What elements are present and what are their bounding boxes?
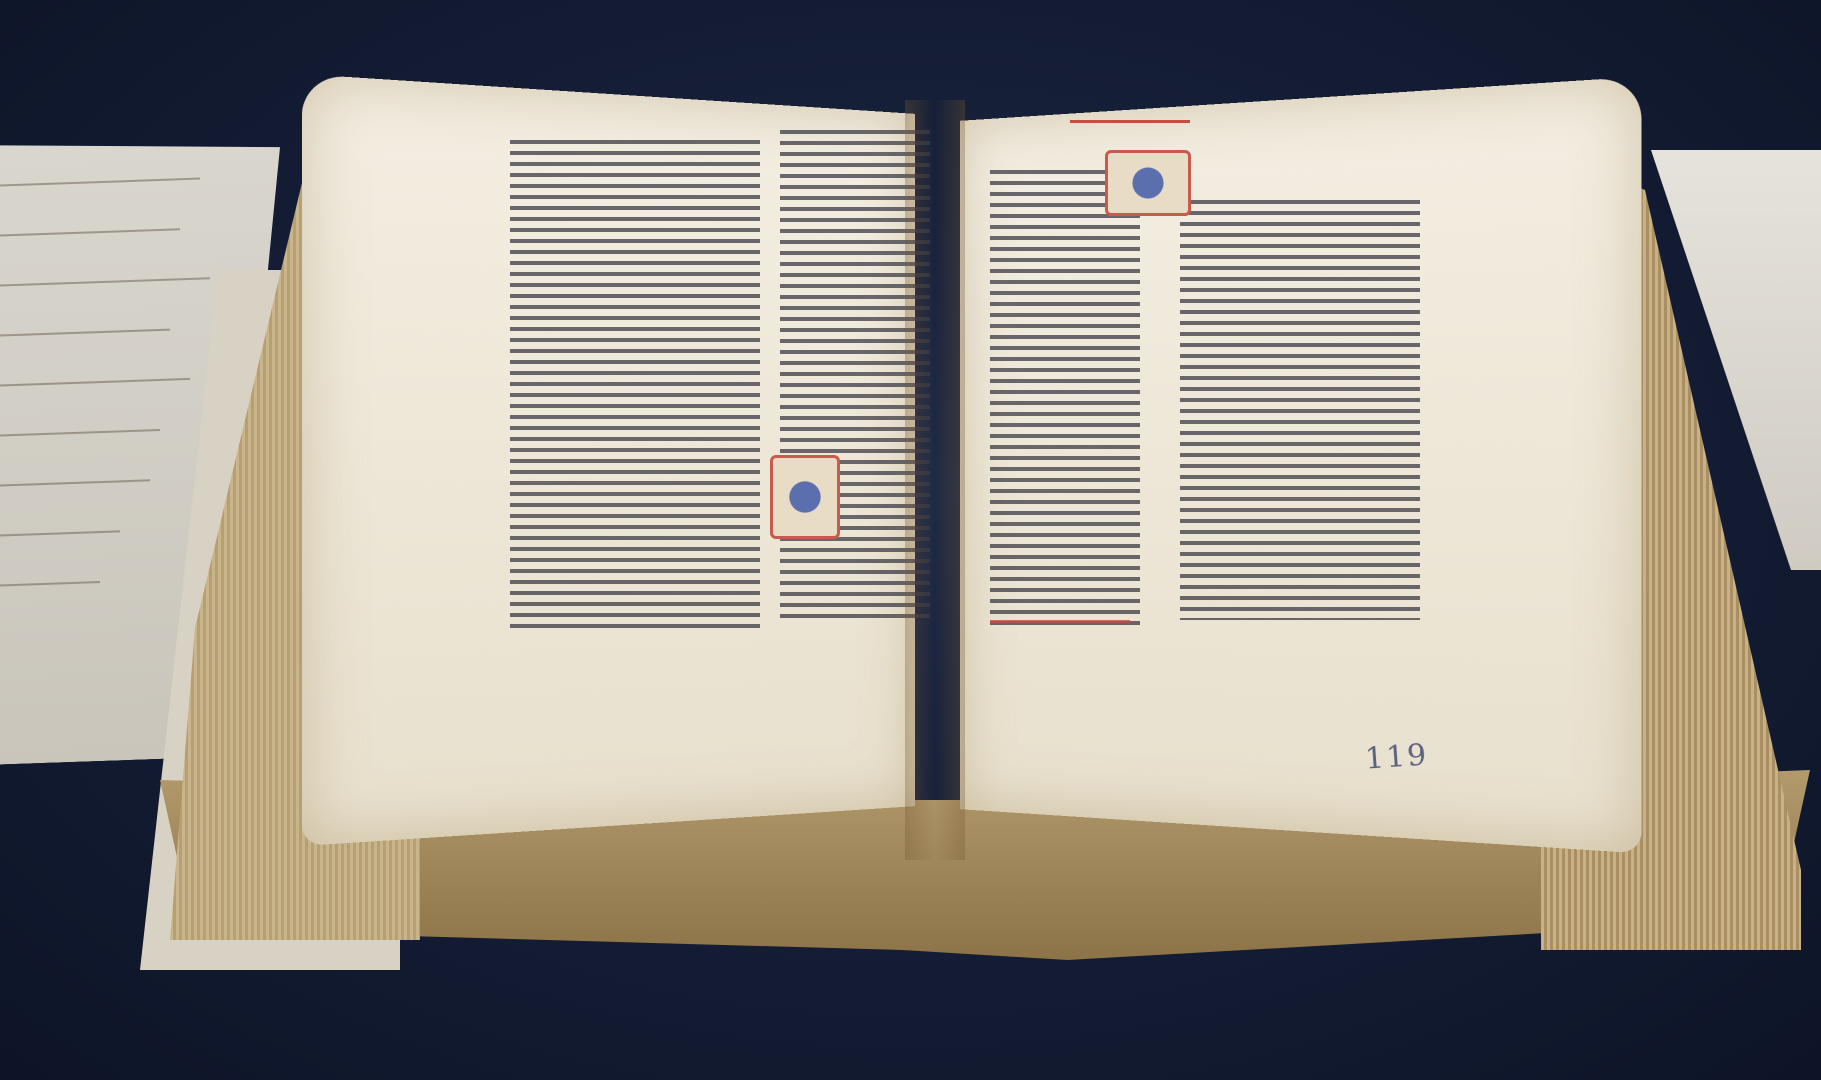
text-column-right-2 (1180, 200, 1420, 620)
text-column-left-1 (510, 140, 760, 630)
illuminated-initial-right (1105, 150, 1191, 216)
rubric-line (990, 620, 1130, 623)
text-column-right-1 (990, 170, 1140, 630)
illuminated-initial-left (770, 455, 840, 539)
running-title-rubric (1070, 120, 1190, 123)
folio-number: 119 (1364, 738, 1430, 777)
gutter-shadow (905, 100, 965, 860)
